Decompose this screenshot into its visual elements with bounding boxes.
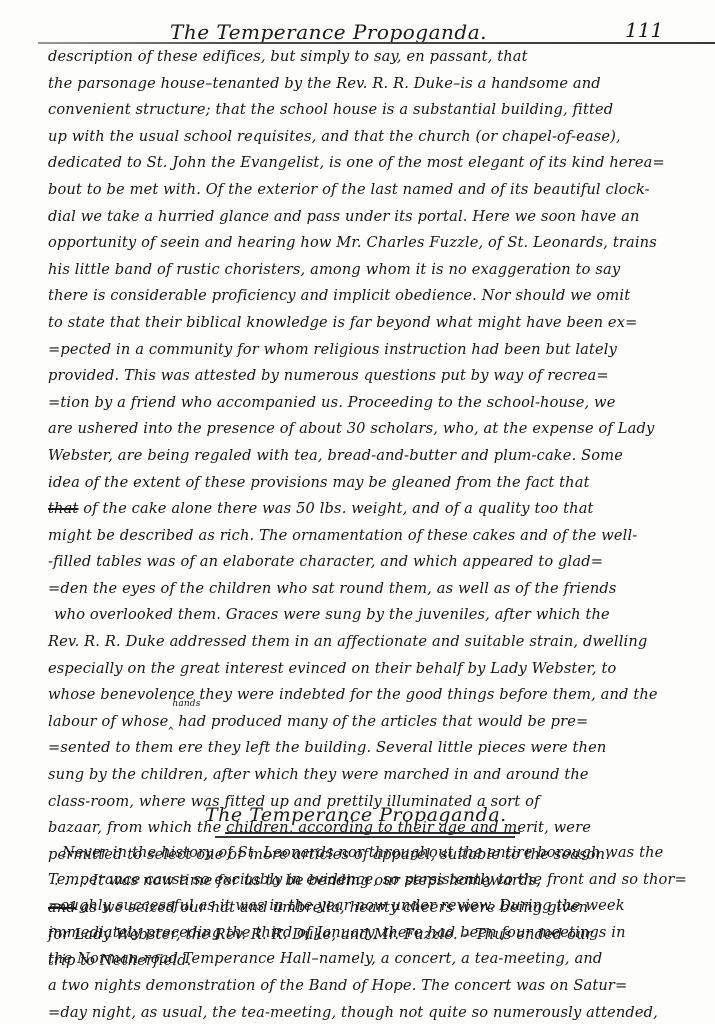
text-line: idea of the extent of these provisions m…	[48, 470, 703, 497]
struck-word: that	[48, 500, 78, 517]
text-line: Never in the history of St. Leonards nor…	[48, 840, 703, 867]
inserted-word: hands	[172, 699, 200, 709]
text-line: up with the usual school requisites, and…	[48, 124, 703, 151]
header-title: The Temperance Propoganda.	[170, 20, 487, 44]
section-heading-underline	[225, 832, 520, 834]
text-line: Webster, are being regaled with tea, bre…	[48, 443, 703, 470]
text-line: =pected in a community for whom religiou…	[48, 337, 703, 364]
text-line: =den the eyes of the children who sat ro…	[48, 576, 703, 603]
text-line: opportunity of seein and hearing how Mr.…	[48, 230, 703, 257]
text-line: =oughly successful as it was in the year…	[48, 893, 703, 920]
text-line: are ushered into the presence of about 3…	[48, 416, 703, 443]
section-heading-underline	[215, 836, 515, 838]
text-line: Temperance cause so excitably in evidenc…	[48, 867, 703, 894]
paragraph-2: Never in the history of St. Leonards nor…	[48, 840, 703, 1024]
text-line: might be described as rich. The ornament…	[48, 523, 703, 550]
text-line: there is considerable proficiency and im…	[48, 283, 703, 310]
text-line: =tion by a friend who accompanied us. Pr…	[48, 390, 703, 417]
text-line: bout to be met with. Of the exterior of …	[48, 177, 703, 204]
text-span: of the cake alone there was 50 lbs. weig…	[78, 500, 593, 517]
text-line: dial we take a hurried glance and pass u…	[48, 204, 703, 231]
text-line: convenient structure; that the school ho…	[48, 97, 703, 124]
text-line: who overlooked them. Graces were sung by…	[48, 602, 703, 629]
text-line: especially on the great interest evinced…	[48, 656, 703, 683]
text-line: =day night, as usual, the tea-meeting, t…	[48, 1000, 703, 1024]
text-line: Rev. R. R. Duke addressed them in an aff…	[48, 629, 703, 656]
running-header: The Temperance Propoganda. 111	[0, 14, 715, 44]
text-line: to state that their biblical knowledge i…	[48, 310, 703, 337]
text-line: the Norman-road Temperance Hall–namely, …	[48, 946, 703, 973]
text-line: sung by the children, after which they w…	[48, 762, 703, 789]
page-number: 111	[625, 18, 663, 42]
text-line: a two nights demonstration of the Band o…	[48, 973, 703, 1000]
text-line: -filled tables was of an elaborate chara…	[48, 549, 703, 576]
manuscript-page: The Temperance Propoganda. 111 descripti…	[0, 0, 715, 1024]
text-line: dedicated to St. John the Evangelist, is…	[48, 150, 703, 177]
text-line: =sented to them ere they left the buildi…	[48, 735, 703, 762]
text-line: that of the cake alone there was 50 lbs.…	[48, 496, 703, 523]
text-span: labour of whose	[48, 713, 168, 730]
section-heading: The Temperance Propaganda.	[205, 804, 507, 826]
text-line: his little band of rustic choristers, am…	[48, 257, 703, 284]
text-span: had produced many of the articles that w…	[174, 713, 589, 730]
text-line: immediately preceding the third of Janua…	[48, 920, 703, 947]
caret-insertion: hands‸	[168, 709, 173, 736]
text-line: description of these edifices, but simpl…	[48, 44, 703, 71]
text-line: whose benevolence they were indebted for…	[48, 682, 703, 709]
text-line: the parsonage house–tenanted by the Rev.…	[48, 71, 703, 98]
text-line: labour of whosehands‸ had produced many …	[48, 709, 703, 736]
text-line: provided. This was attested by numerous …	[48, 363, 703, 390]
